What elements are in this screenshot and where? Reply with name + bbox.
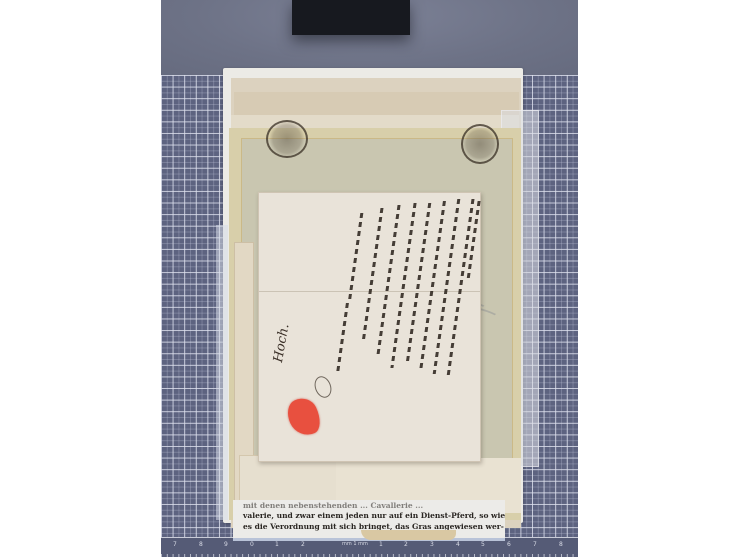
ruler-tick: 5 bbox=[481, 541, 485, 548]
folded-letter: Hoch. bbox=[258, 192, 481, 462]
ruler-tick: 8 bbox=[199, 541, 203, 548]
document-photo: 7 8 9 0 1 2 mm 1 mm 1 2 3 4 5 6 7 8 mit … bbox=[161, 0, 578, 557]
printed-line: valerie, und zwar einem jeden nur auf ei… bbox=[243, 511, 505, 520]
printed-line: mit denen nebenstehenden ... Cavallerie … bbox=[243, 501, 423, 510]
ruler-tick: 9 bbox=[224, 541, 228, 548]
ruler-tick: 3 bbox=[430, 541, 434, 548]
handwriting bbox=[348, 213, 364, 303]
handwriting bbox=[336, 303, 349, 373]
ruler-tick: 1 bbox=[275, 541, 279, 548]
ruler-tick: 0 bbox=[250, 541, 254, 548]
ink-stamp-icon bbox=[461, 124, 499, 164]
ruler-label: mm 1 mm bbox=[342, 541, 368, 547]
oval-ink-mark bbox=[312, 374, 335, 400]
ruler-tick: 7 bbox=[533, 541, 537, 548]
torn-paper-edge bbox=[361, 530, 456, 540]
ruler-tick: 7 bbox=[173, 541, 177, 548]
ruler-tick: 2 bbox=[301, 541, 305, 548]
ruler-tick: 4 bbox=[456, 541, 460, 548]
black-weight-block bbox=[292, 0, 410, 35]
ruler-tick: 8 bbox=[559, 541, 563, 548]
handwriting bbox=[433, 199, 461, 374]
ink-stamp-icon bbox=[266, 120, 308, 158]
handwriting bbox=[419, 201, 446, 371]
ruler-tick: 2 bbox=[404, 541, 408, 548]
ruler-tick: 6 bbox=[507, 541, 511, 548]
ruler-tick: 1 bbox=[379, 541, 383, 548]
transparent-film-left bbox=[216, 225, 228, 520]
letter-address: Hoch. bbox=[271, 323, 293, 364]
handwriting bbox=[446, 199, 474, 377]
red-wax-seal-icon bbox=[282, 393, 325, 440]
